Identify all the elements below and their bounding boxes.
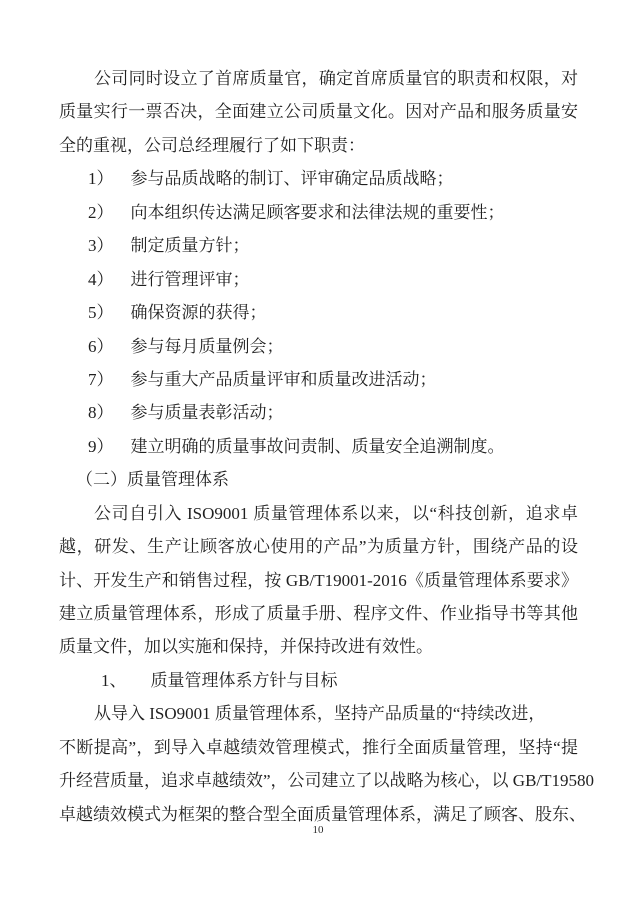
- subsection-heading: 1、质量管理体系方针与目标: [59, 664, 578, 697]
- document-page: 公司同时设立了首席质量官，确定首席质量官的职责和权限，对 质量实行一票否决，全面…: [0, 0, 636, 900]
- list-item-text: 制定质量方针；: [131, 236, 250, 255]
- list-item: 6）参与每月质量例会；: [59, 330, 578, 363]
- list-item: 7）参与重大产品质量评审和质量改进活动；: [59, 363, 578, 396]
- paragraph-line: 全的重视，公司总经理履行了如下职责：: [59, 129, 578, 162]
- paragraph-line: 从导入 ISO9001 质量管理体系，坚持产品质量的“持续改进，: [59, 697, 578, 730]
- paragraph-line: 公司同时设立了首席质量官，确定首席质量官的职责和权限，对: [59, 62, 578, 95]
- list-item: 9）建立明确的质量事故问责制、质量安全追溯制度。: [59, 430, 578, 463]
- list-item-number: 1）: [88, 162, 114, 195]
- page-number: 10: [0, 822, 636, 838]
- document-text-body: 公司同时设立了首席质量官，确定首席质量官的职责和权限，对 质量实行一票否决，全面…: [59, 62, 578, 831]
- list-item-number: 9）: [88, 430, 114, 463]
- list-item: 1）参与品质战略的制订、评审确定品质战略；: [59, 162, 578, 195]
- list-item: 4）进行管理评审；: [59, 263, 578, 296]
- list-item-text: 参与品质战略的制订、评审确定品质战略；: [131, 169, 454, 188]
- paragraph-line: 质量文件，加以实施和保持，并保持改进有效性。: [59, 630, 578, 663]
- list-item-number: 3）: [88, 229, 114, 262]
- list-item: 5）确保资源的获得；: [59, 296, 578, 329]
- paragraph-line: 建立质量管理体系，形成了质量手册、程序文件、作业指导书等其他: [59, 597, 578, 630]
- list-item: 8）参与质量表彰活动；: [59, 396, 578, 429]
- list-item-text: 参与质量表彰活动；: [131, 403, 284, 422]
- paragraph-line: 升经营质量，追求卓越绩效”，公司建立了以战略为核心，以 GB/T19580: [59, 764, 578, 797]
- subsection-number: 1、: [101, 664, 127, 697]
- subsection-title: 质量管理体系方针与目标: [151, 671, 338, 690]
- list-item-number: 6）: [88, 330, 114, 363]
- list-item-text: 进行管理评审；: [131, 270, 250, 289]
- list-item-number: 5）: [88, 296, 114, 329]
- paragraph-line: 越，研发、生产让顾客放心使用的产品”为质量方针，围绕产品的设: [59, 530, 578, 563]
- list-item-text: 确保资源的获得；: [131, 303, 267, 322]
- list-item-text: 参与每月质量例会；: [131, 337, 284, 356]
- list-item: 3）制定质量方针；: [59, 229, 578, 262]
- section-heading: （二）质量管理体系: [59, 463, 578, 496]
- list-item: 2）向本组织传达满足顾客要求和法律法规的重要性；: [59, 196, 578, 229]
- list-item-text: 向本组织传达满足顾客要求和法律法规的重要性；: [131, 203, 505, 222]
- list-item-text: 参与重大产品质量评审和质量改进活动；: [131, 370, 437, 389]
- paragraph-line: 不断提高”，到导入卓越绩效管理模式，推行全面质量管理，坚持“提: [59, 731, 578, 764]
- list-item-text: 建立明确的质量事故问责制、质量安全追溯制度。: [131, 437, 505, 456]
- list-item-number: 4）: [88, 263, 114, 296]
- list-item-number: 7）: [88, 363, 114, 396]
- paragraph-line: 公司自引入 ISO9001 质量管理体系以来，以“科技创新，追求卓: [59, 497, 578, 530]
- paragraph-line: 计、开发生产和销售过程，按 GB/T19001-2016《质量管理体系要求》: [59, 564, 578, 597]
- paragraph-line: 质量实行一票否决，全面建立公司质量文化。因对产品和服务质量安: [59, 95, 578, 128]
- list-item-number: 2）: [88, 196, 114, 229]
- list-item-number: 8）: [88, 396, 114, 429]
